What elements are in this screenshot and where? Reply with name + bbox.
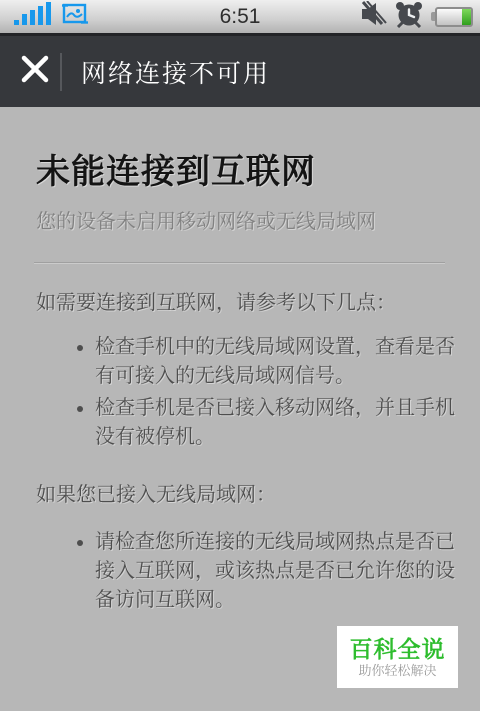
tips-intro-2: 如果您已接入无线局域网： (36, 478, 458, 507)
close-icon (21, 55, 49, 88)
watermark-subtitle: 助你轻松解决 (358, 662, 436, 679)
status-bar-left (14, 2, 89, 31)
clock-time: 6:51 (220, 5, 261, 29)
watermark-badge: 百科全说 助你轻松解决 (337, 626, 458, 688)
error-heading: 未能连接到互联网 (36, 144, 458, 193)
battery-icon (431, 7, 473, 27)
page-title: 网络连接不可用 (81, 54, 270, 90)
section-divider (34, 262, 445, 264)
error-subheading: 您的设备未启用移动网络或无线局域网 (36, 205, 458, 234)
titlebar-divider (60, 53, 62, 91)
signal-strength-icon (14, 2, 52, 31)
alarm-clock-icon (394, 1, 424, 33)
title-bar: 网络连接不可用 (0, 33, 480, 107)
screenshot-notification-icon (61, 2, 89, 31)
battery-body (435, 7, 473, 27)
tips-list-1: 检查手机中的无线局域网设置，查看是否有可接入的无线局域网信号。 检查手机是否已接… (36, 333, 458, 452)
close-button[interactable] (10, 35, 60, 109)
phone-screen: 6:51 (0, 0, 480, 711)
watermark-title: 百科全说 (350, 636, 446, 662)
tip-item: 请检查您所连接的无线局域网热点是否已接入互联网，或该热点是否已允许您的设备访问互… (95, 528, 458, 615)
tip-item: 检查手机中的无线局域网设置，查看是否有可接入的无线局域网信号。 (95, 333, 458, 391)
tips-list-2: 请检查您所连接的无线局域网热点是否已接入互联网，或该热点是否已允许您的设备访问互… (36, 528, 458, 615)
tips-intro-1: 如需要连接到互联网，请参考以下几点： (36, 286, 458, 315)
tip-item: 检查手机是否已接入移动网络，并且手机没有被停机。 (95, 394, 458, 452)
status-bar-right (360, 1, 473, 33)
battery-fill-level (462, 9, 471, 25)
error-page-content: 未能连接到互联网 您的设备未启用移动网络或无线局域网 如需要连接到互联网，请参考… (0, 144, 480, 615)
mute-icon (360, 1, 387, 32)
status-bar: 6:51 (0, 0, 480, 33)
